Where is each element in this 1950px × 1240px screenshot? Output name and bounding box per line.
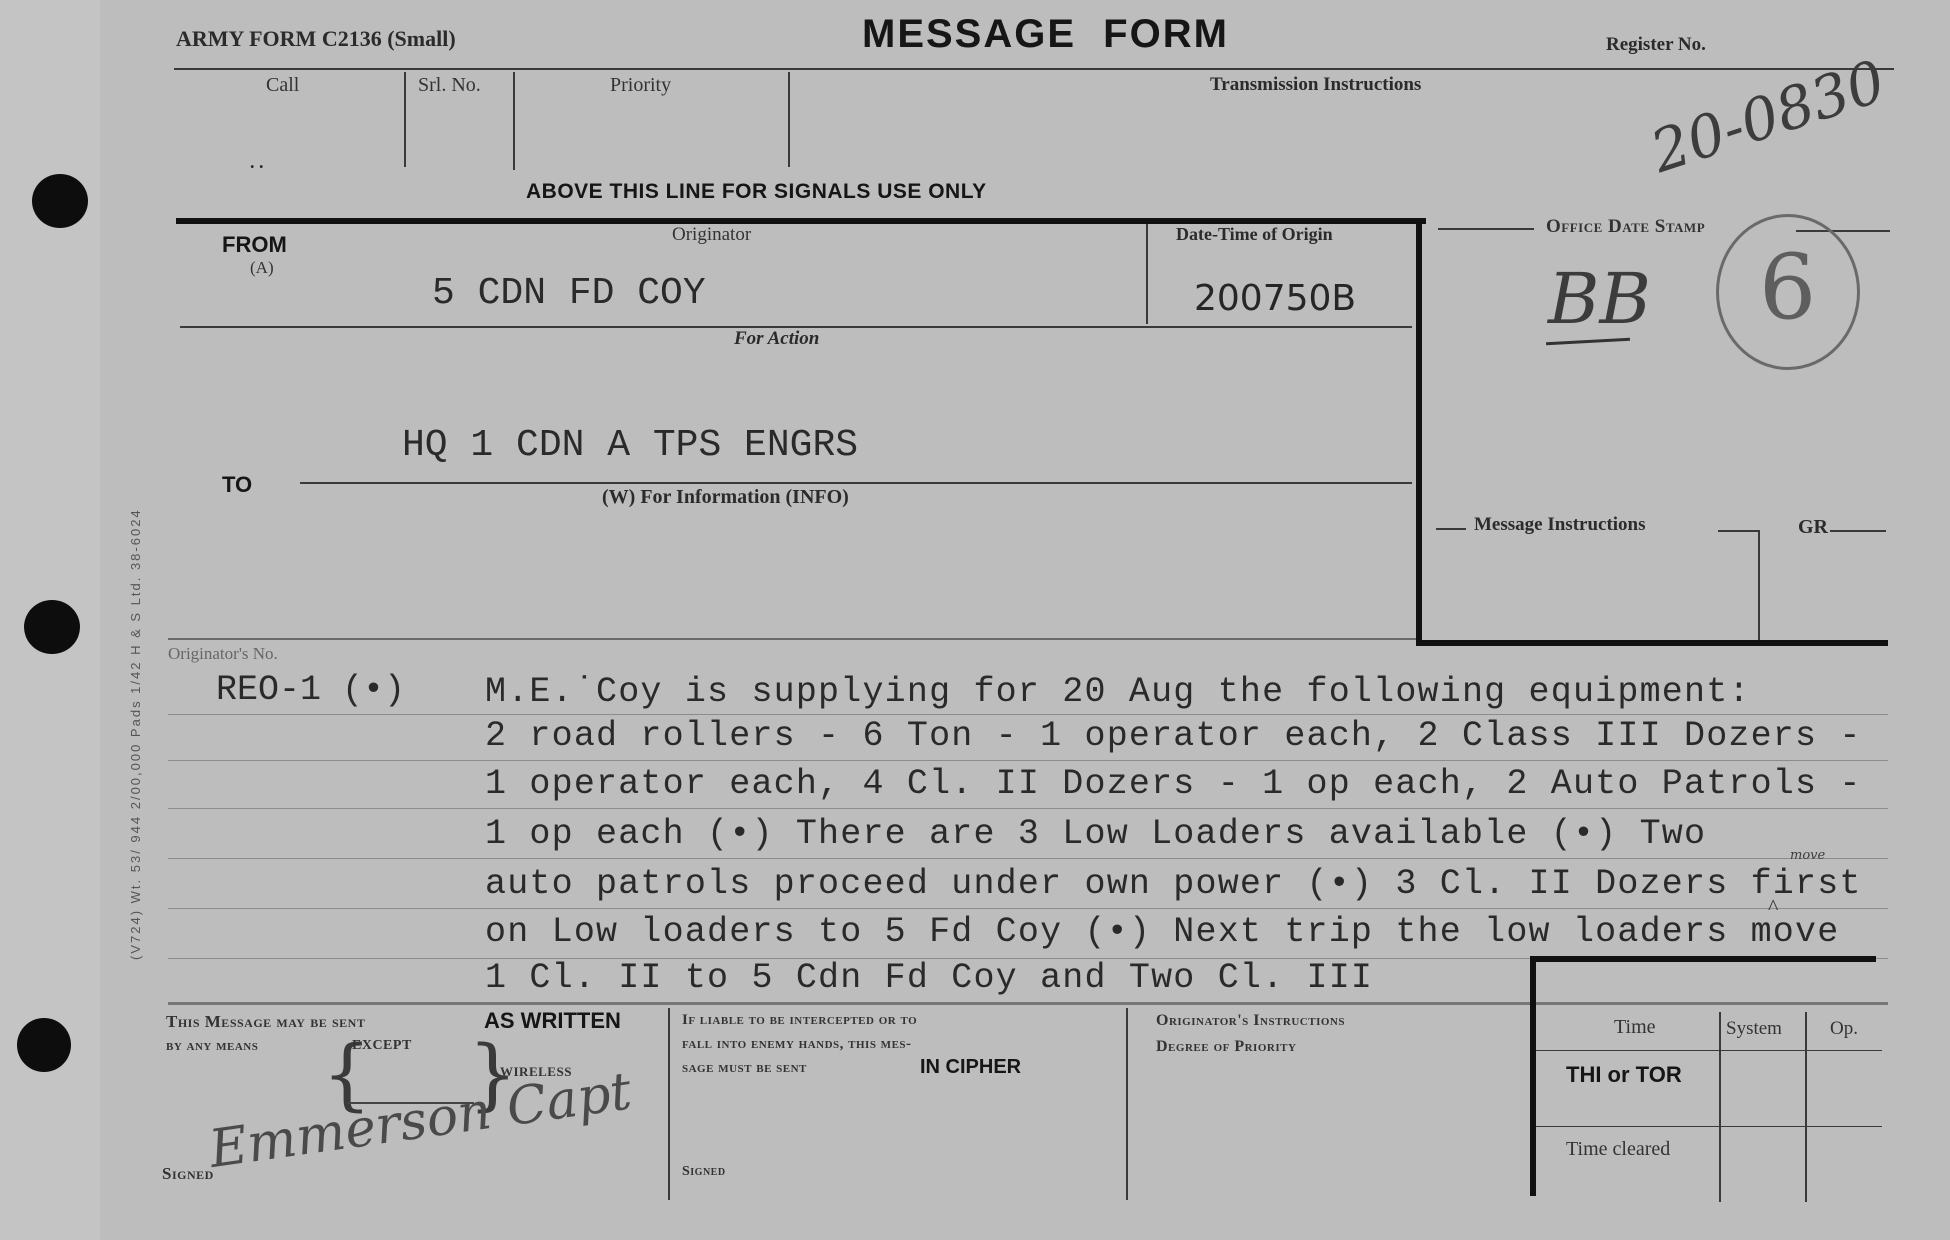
to-rule: [300, 482, 1412, 484]
divider-dto: [1146, 224, 1148, 324]
form-title: MESSAGE FORM: [862, 12, 1229, 57]
to-label: TO: [222, 472, 252, 498]
handwritten-insertion: move: [1790, 848, 1825, 863]
time-header: Time: [1614, 1016, 1656, 1039]
divider-srl: [513, 72, 515, 170]
from-to-box-right: [1416, 218, 1422, 644]
dto-label: Date-Time of Origin: [1176, 224, 1333, 245]
office-date-stamp-label: Office Date Stamp: [1546, 216, 1705, 238]
cipher-text-2: fall into enemy hands, this mes-: [682, 1036, 912, 1053]
right-panel-bottom: [1416, 640, 1888, 646]
gr-rule: [1830, 530, 1886, 532]
op-header: Op.: [1830, 1018, 1858, 1040]
for-action-label: For Action: [734, 328, 819, 350]
msg-rule-2: [168, 760, 1888, 761]
printer-imprint: (V724) Wt. 53/ 944 2/00,000 Pads 1/42 H …: [128, 508, 143, 960]
message-line-4: 1 op each (•) There are 3 Low Loaders av…: [485, 814, 1706, 854]
priority-label: Priority: [610, 74, 671, 97]
insertion-caret: ^: [1768, 894, 1778, 920]
signals-use-note: ABOVE THIS LINE FOR SIGNALS USE ONLY: [526, 180, 987, 204]
cipher-text-1: If liable to be intercepted or to: [682, 1012, 917, 1029]
call-label: Call: [266, 74, 299, 97]
cipher-text-3: sage must be sent: [682, 1060, 807, 1077]
gr-divider: [1758, 530, 1760, 640]
msg-rule-4: [168, 858, 1888, 859]
message-line-2: 2 road rollers - 6 Ton - 1 operator each…: [485, 716, 1862, 756]
msg-instr-rule-left: [1436, 528, 1466, 530]
except-label: EXCEPT: [352, 1038, 412, 1054]
time-box-top: [1530, 956, 1876, 962]
thi-tor-label: THI or TOR: [1566, 1062, 1682, 1088]
from-label: FROM: [222, 232, 287, 258]
sent-any-means-line2: by any means: [166, 1038, 258, 1055]
footer-divider-2: [1126, 1008, 1128, 1200]
message-line-3: 1 operator each, 4 Cl. II Dozers - 1 op …: [485, 764, 1862, 804]
msg-rule-7: [168, 1002, 1888, 1005]
register-no-label: Register No.: [1606, 34, 1706, 56]
punch-hole-top: [32, 174, 88, 228]
message-line-6: on Low loaders to 5 Fd Coy (•) Next trip…: [485, 912, 1839, 952]
sent-any-means-line1: This Message may be sent: [166, 1012, 365, 1032]
originator-value: 5 CDN FD COY: [432, 272, 706, 315]
message-line-5: auto patrols proceed under own power (•)…: [485, 864, 1862, 904]
originator-label: Originator: [672, 224, 751, 246]
msg-instr-rule-right: [1718, 530, 1758, 532]
msg-rule-1: [168, 714, 1888, 715]
dto-value: 200750B: [1194, 278, 1356, 319]
in-cipher-label: IN CIPHER: [920, 1056, 1021, 1079]
punch-hole-middle: [24, 600, 80, 654]
punch-hole-bottom: [17, 1018, 71, 1072]
msg-rule-3: [168, 808, 1888, 809]
call-value: . .: [250, 152, 264, 173]
stamp-rule-left: [1438, 228, 1534, 230]
message-instructions-label: Message Instructions: [1474, 514, 1646, 536]
signed-label-mid: Signed: [682, 1164, 726, 1180]
system-divider: [1719, 1012, 1721, 1202]
orig-instructions-label: Originator's Instructions: [1156, 1012, 1345, 1030]
footer-divider-1: [668, 1008, 670, 1200]
op-divider: [1805, 1012, 1807, 1202]
message-form-sheet: [100, 0, 1950, 1240]
originators-no-value: REO-1 (•): [216, 670, 405, 710]
header-rule: [174, 68, 1894, 70]
message-line-7: 1 Cl. II to 5 Cdn Fd Coy and Two Cl. III: [485, 958, 1373, 998]
handwritten-initials: BB: [1548, 258, 1651, 340]
circled-number: 6: [1716, 214, 1860, 370]
time-cleared-label: Time cleared: [1566, 1138, 1670, 1161]
info-bottom-rule: [168, 638, 1416, 640]
originators-no-label: Originator's No.: [168, 644, 278, 664]
for-info-label: (W) For Information (INFO): [602, 486, 849, 509]
msg-rule-5: [168, 908, 1888, 909]
system-header: System: [1726, 1018, 1782, 1040]
signed-label-left: Signed: [162, 1164, 214, 1184]
divider-call: [404, 72, 406, 167]
transmission-instructions-label: Transmission Instructions: [1210, 74, 1421, 96]
gr-label: GR: [1798, 516, 1828, 539]
from-sub-label: (A): [250, 258, 274, 278]
time-box-left: [1530, 956, 1536, 1196]
for-action-value: HQ 1 CDN A TPS ENGRS: [402, 424, 858, 467]
time-mid-rule: [1536, 1126, 1882, 1127]
circled-number-value: 6: [1759, 235, 1816, 340]
divider-priority: [788, 72, 790, 167]
form-id: ARMY FORM C2136 (Small): [176, 26, 456, 52]
message-line-1: M.E.˙Coy is supplying for 20 Aug the fol…: [485, 672, 1751, 712]
degree-priority-label: Degree of Priority: [1156, 1038, 1296, 1056]
time-header-rule: [1536, 1050, 1882, 1051]
srl-no-label: Srl. No.: [418, 74, 481, 97]
